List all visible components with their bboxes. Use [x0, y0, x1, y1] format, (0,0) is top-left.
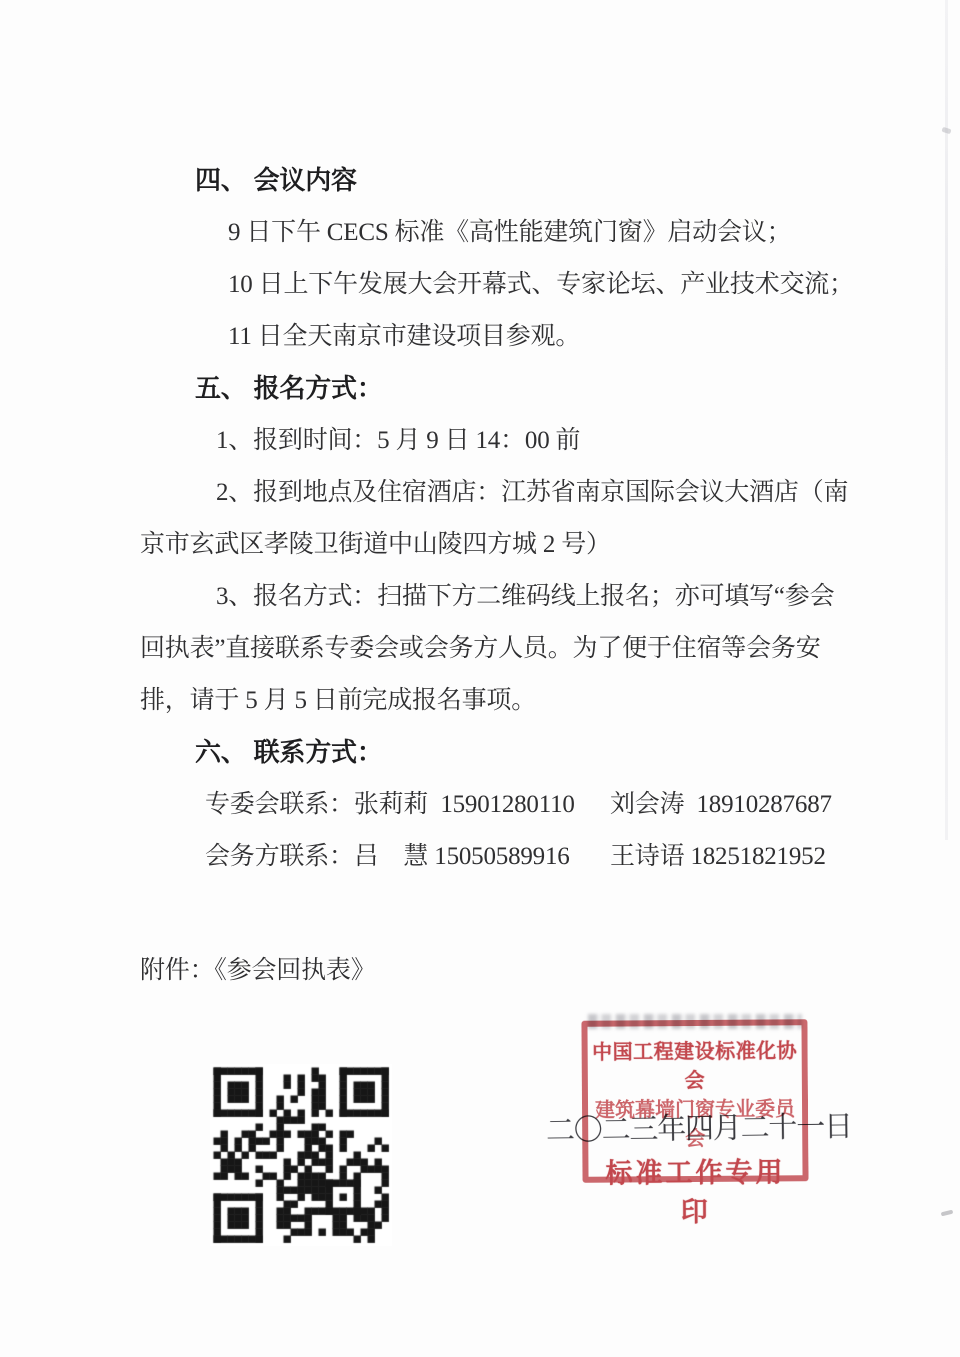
contact-committee-label: 专委会联系： — [205, 791, 354, 818]
scanned-document-page: 四、 会议内容 9 日下午 CECS 标准《高性能建筑门窗》启动会议； 10 日… — [0, 0, 960, 1357]
qr-code — [210, 1064, 392, 1246]
registration-location-line1: 2、报到地点及住宿酒店：江苏省南京国际会议大酒店（南 — [140, 464, 856, 516]
scan-speck — [941, 1210, 954, 1217]
meeting-item-day9: 9 日下午 CECS 标准《高性能建筑门窗》启动会议； — [140, 204, 856, 256]
registration-location-line2: 京市玄武区孝陵卫街道中山陵四方城 2 号） — [140, 516, 856, 568]
document-date: 二〇二三年四月二十一日 — [546, 1104, 852, 1149]
official-seal-stamp: 中国工程建设标准化协会 建筑幕墙门窗专业委员会 标准工作专用印 — [581, 1019, 808, 1183]
section-heading-registration: 五、 报名方式： — [140, 360, 856, 412]
section-heading-meeting-content: 四、 会议内容 — [140, 152, 856, 204]
stamp-purpose-text: 标准工作专用印 — [591, 1150, 800, 1229]
contact-organizer-label: 会务方联系： — [205, 843, 354, 870]
meeting-item-day11: 11 日全天南京市建设项目参观。 — [140, 308, 856, 360]
contact-organizer-person2: 王诗语 18251821952 — [610, 836, 826, 872]
contact-organizer-person1: 吕 慧 15050589916 — [354, 843, 570, 870]
registration-method-line1: 3、报名方式：扫描下方二维码线上报名；亦可填写“参会 — [140, 568, 856, 620]
section-heading-contact: 六、 联系方式： — [140, 724, 856, 776]
contact-committee-person1: 张莉莉 15901280110 — [354, 791, 575, 818]
document-body: 四、 会议内容 9 日下午 CECS 标准《高性能建筑门窗》启动会议； 10 日… — [140, 152, 856, 994]
contact-committee-person2: 刘会涛 18910287687 — [610, 784, 832, 820]
contact-row-organizer: 会务方联系：吕 慧 15050589916 王诗语 18251821952 — [140, 828, 856, 880]
contact-row-committee: 专委会联系：张莉莉 15901280110 刘会涛 18910287687 — [140, 776, 856, 828]
meeting-item-day10: 10 日上下午发展大会开幕式、专家论坛、产业技术交流； — [140, 256, 856, 308]
registration-method-line2: 回执表”直接联系专委会或会务方人员。为了便于住宿等会务安 — [140, 620, 856, 672]
registration-method-line3: 排，请于 5 月 5 日前完成报名事项。 — [140, 672, 856, 724]
scan-speck — [941, 127, 951, 135]
stamp-org-name: 中国工程建设标准化协会 — [591, 1034, 799, 1093]
scan-edge-artifact — [945, 0, 948, 840]
registration-time: 1、报到时间：5 月 9 日 14：00 前 — [140, 412, 856, 464]
attachment-line: 附件：《参会回执表》 — [140, 942, 856, 994]
vertical-gap — [140, 880, 856, 942]
